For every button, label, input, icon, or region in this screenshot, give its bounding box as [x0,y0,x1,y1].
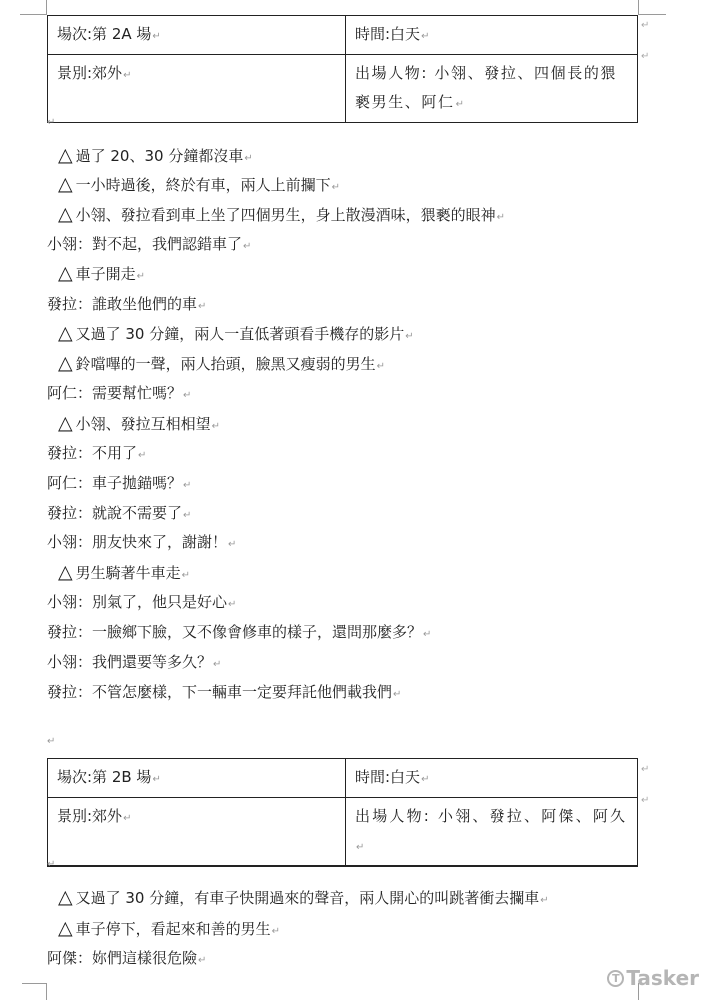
empty-paragraph: ↵ [47,859,55,870]
action-line: △鈴噹嗶的一聲，兩人抬頭，臉黑又瘦弱的男生↵ [58,353,385,377]
scene-number-cell[interactable]: 場次:第 2A 場↵ [48,16,346,55]
triangle-marker-icon: △ [58,174,73,194]
dialogue-line: 小翎：對不起，我們認錯車了↵ [47,234,251,257]
triangle-marker-icon: △ [58,918,73,938]
crop-mark-bottom-left-v [46,983,47,1000]
dialogue-line: 發拉：不管怎麼樣，下一輛車一定要拜託他們載我們↵ [47,682,401,705]
action-line: △又過了 30 分鐘，兩人一直低著頭看手機存的影片↵ [58,323,414,347]
scene-2a-header-table: 場次:第 2A 場↵ 時間:白天↵ 景別:郊外↵ 出場人物: 小翎、發拉、四個長… [47,15,638,123]
location-cell[interactable]: 景別:郊外↵ [48,55,346,123]
dialogue-line: 發拉：誰敢坐他們的車↵ [47,294,206,317]
dialogue-line: 阿仁：車子拋錨嗎？↵ [47,473,191,496]
tasker-watermark: T Tasker [607,966,699,990]
dialogue-line: 阿傑：妳們這樣很危險↵ [47,948,206,971]
triangle-marker-icon: △ [58,323,73,343]
table-row: 景別:郊外↵ 出場人物: 小翎、發拉、阿傑、阿久↵ [48,798,638,867]
watermark-text: Tasker [626,966,699,990]
crop-mark-top-right-h [638,14,666,15]
action-line: △男生騎著牛車走↵ [58,562,190,586]
row-end-mark: ↵ [641,51,649,62]
triangle-marker-icon: △ [58,562,73,582]
triangle-marker-icon: △ [58,353,73,373]
dialogue-line: 發拉：一臉鄉下臉，又不像會修車的樣子，還問那麼多？↵ [47,622,431,645]
table-row: 景別:郊外↵ 出場人物: 小翎、發拉、四個長的猥褻男生、阿仁↵ [48,55,638,123]
location-cell[interactable]: 景別:郊外↵ [48,798,346,867]
dialogue-line: 阿仁：需要幫忙嗎？↵ [47,383,191,406]
dialogue-line: 小翎：別氣了，他只是好心↵ [47,592,236,615]
characters-cell[interactable]: 出場人物: 小翎、發拉、四個長的猥褻男生、阿仁↵ [346,55,638,123]
time-cell[interactable]: 時間:白天↵ [346,16,638,55]
row-end-mark: ↵ [641,764,649,775]
crop-mark-top-left-v [46,0,47,15]
triangle-marker-icon: △ [58,204,73,224]
scene-number-cell[interactable]: 場次:第 2B 場↵ [48,759,346,798]
table-row: 場次:第 2A 場↵ 時間:白天↵ [48,16,638,55]
empty-paragraph: ↵ [47,117,55,128]
characters-cell[interactable]: 出場人物: 小翎、發拉、阿傑、阿久↵ [346,798,638,867]
table-row: 場次:第 2B 場↵ 時間:白天↵ [48,759,638,798]
dialogue-line: 小翎：朋友快來了，謝謝！↵ [47,532,236,555]
triangle-marker-icon: △ [58,887,73,907]
action-line: △小翎、發拉看到車上坐了四個男生，身上散漫酒味，猥褻的眼神↵ [58,204,505,228]
empty-paragraph: ↵ [47,736,55,747]
triangle-marker-icon: △ [58,145,73,165]
action-line: △一小時過後，終於有車，兩人上前攔下↵ [58,174,340,198]
action-line: △過了 20、30 分鐘都沒車↵ [58,145,253,169]
action-line: △又過了 30 分鐘，有車子快開過來的聲音，兩人開心的叫跳著衝去攔車↵ [58,887,549,911]
action-line: △車子停下，看起來和善的男生↵ [58,918,280,942]
action-line: △小翎、發拉互相相望↵ [58,413,220,437]
crop-mark-top-left-h [20,14,47,15]
crop-mark-bottom-left-h [22,983,47,984]
tasker-logo-icon: T [607,970,624,987]
triangle-marker-icon: △ [58,263,73,283]
triangle-marker-icon: △ [58,413,73,433]
time-cell[interactable]: 時間:白天↵ [346,759,638,798]
row-end-mark: ↵ [641,20,649,31]
scene-2b-header-table: 場次:第 2B 場↵ 時間:白天↵ 景別:郊外↵ 出場人物: 小翎、發拉、阿傑、… [47,758,638,867]
action-line: △車子開走↵ [58,263,145,287]
dialogue-line: 發拉：不用了↵ [47,443,146,466]
dialogue-line: 小翎：我們還要等多久？↵ [47,652,221,675]
row-end-mark: ↵ [641,795,649,806]
crop-mark-top-right-v [638,0,639,15]
dialogue-line: 發拉：就說不需要了↵ [47,503,191,526]
